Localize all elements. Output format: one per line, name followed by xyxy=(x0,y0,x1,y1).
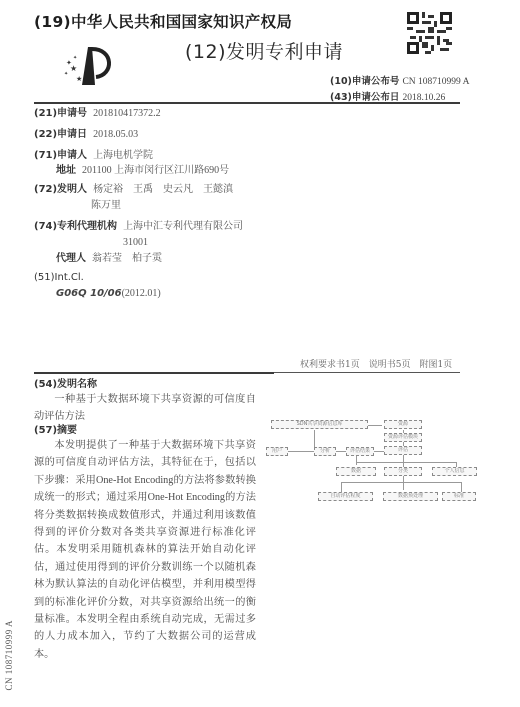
patent-office-name: (19)中华人民共和国国家知识产权局 xyxy=(34,10,292,32)
diagram-box: 自动评估程度 xyxy=(318,492,373,501)
diagram-box: 个人信息 xyxy=(432,467,477,476)
diagram-box: 分析 xyxy=(314,447,336,456)
qr-code-icon[interactable] xyxy=(407,12,452,54)
abstract-text: 本发明提供了一种基于大数据环境下共享资源的可信度自动评估方法，其特征在于，包括以… xyxy=(34,437,256,663)
int-cl-value: G06Q 10/06(2012.01) xyxy=(56,287,161,301)
abstract-divider xyxy=(34,372,274,374)
diagram-box: 数据预处理 xyxy=(383,492,438,501)
svg-text:✦: ✦ xyxy=(73,55,77,61)
diagram-box: 分类 xyxy=(384,467,422,476)
diagram-box: 资源 xyxy=(384,420,422,429)
patent-agency: (74)专利代理机构上海中汇专利代理有限公司 xyxy=(34,220,243,234)
abstract-figure-flowchart: SDN共享资源信息库 资源 资源评估模块 评估 用户 分析 评估结果 数据 分类… xyxy=(266,420,506,505)
document-type-title: (12)发明专利申请 xyxy=(185,37,343,64)
diagram-box: 数据 xyxy=(336,467,376,476)
inventors-continued: 陈万里 xyxy=(91,199,121,213)
application-number: (21)申请号201810417372.2 xyxy=(34,107,161,121)
svg-text:★: ★ xyxy=(76,75,82,83)
title-section-label: (54)发明名称 xyxy=(34,378,103,392)
diagram-box: 评估 xyxy=(384,446,422,455)
diagram-box: SDN共享资源信息库 xyxy=(271,420,368,429)
diagram-box: 用户 xyxy=(266,447,288,456)
application-date: (22)申请日2018.05.03 xyxy=(34,128,138,142)
page-counts: 权利要求书1页 说明书5页 附图1页 xyxy=(300,357,452,370)
patent-agency-code: 31001 xyxy=(123,236,148,250)
publication-date: (43)申请公布日 2018.10.26 xyxy=(330,89,445,103)
invention-title: 一种基于大数据环境下共享资源的可信度自动评估方法 xyxy=(34,391,256,426)
publication-number: (10)申请公布号 CN 108710999 A xyxy=(330,73,469,87)
cnipa-logo-icon: ✦ ✦ ★ ✦ ★ xyxy=(62,45,122,87)
agent: 代理人翁若莹 柏子雵 xyxy=(56,252,162,266)
svg-text:★: ★ xyxy=(70,64,77,73)
diagram-box: 资源评估模块 xyxy=(384,433,422,442)
inventors: (72)发明人杨定裕 王禹 史云凡 王懿滇 xyxy=(34,183,233,197)
abstract-section-label: (57)摘要 xyxy=(34,424,83,438)
page-counts-rule xyxy=(274,372,460,373)
diagram-box: 标准 xyxy=(442,492,476,501)
header-divider xyxy=(34,102,460,104)
applicant: (71)申请人上海电机学院 xyxy=(34,149,153,163)
diagram-box: 评估结果 xyxy=(346,447,374,456)
side-publication-number: CN 108710999 A xyxy=(4,620,14,691)
svg-text:✦: ✦ xyxy=(64,71,68,77)
int-cl-label: (51)Int.Cl. xyxy=(34,271,90,285)
address: 地址201100 上海市闵行区江川路690号 xyxy=(56,164,229,178)
